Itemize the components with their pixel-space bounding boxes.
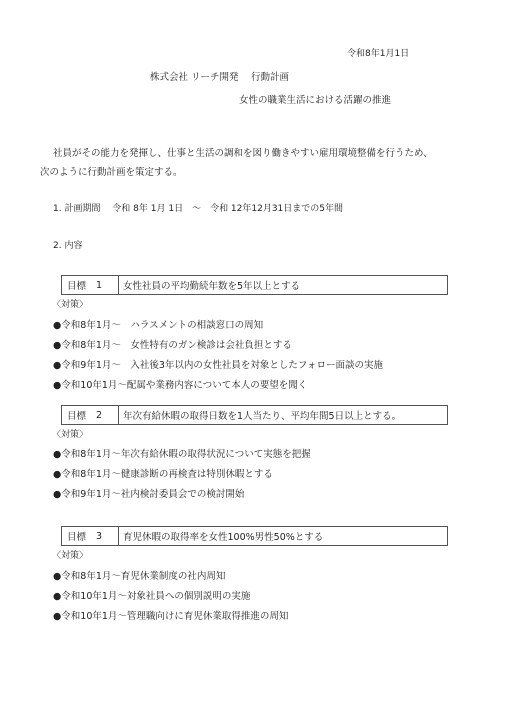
goal-label-text: 目標 — [67, 408, 86, 422]
measure-item: ●令和8年1月～健康診断の再検査は特別休暇とする — [53, 469, 273, 481]
measures-label: 〈対策〉 — [52, 299, 88, 311]
goal-number: 2 — [96, 410, 102, 421]
goal-label-text: 目標 — [67, 529, 86, 543]
intro-paragraph-line-1: 社員がその能力を発揮し、仕事と生活の調和を図り働きやすい雇用環境整備を行うため、 — [53, 148, 433, 160]
measure-item: ●令和9年1月～ 入社後3年以内の女性社員を対象としたフォロー面談の実施 — [53, 360, 383, 372]
measure-item: ●令和10年1月～配属や業務内容について本人の要望を聞く — [53, 380, 307, 392]
goal-box-3: 目標 3 育児休暇の取得率を女性100%男性50%とする — [61, 526, 448, 546]
goal-label: 目標 2 — [62, 406, 119, 424]
intro-paragraph-line-2: 次のように行動計画を策定する。 — [40, 167, 183, 179]
section-contents-heading: 2. 内容 — [53, 240, 82, 252]
goal-text: 女性社員の平均勤続年数を5年以上とする — [119, 278, 300, 292]
goal-number: 3 — [96, 531, 102, 542]
goal-text: 年次有給休暇の取得日数を1人当たり、平均年間5日以上とする。 — [119, 408, 401, 422]
goal-text: 育児休暇の取得率を女性100%男性50%とする — [119, 529, 323, 543]
measure-item: ●令和8年1月～ ハラスメントの相談窓口の周知 — [53, 320, 263, 332]
measure-item: ●令和8年1月～育児休業制度の社内周知 — [53, 571, 225, 583]
section-plan-period: 1. 計画期間 令和 8年 1月 1日 ～ 令和 12年12月31日までの5年間 — [53, 203, 343, 215]
measures-label: 〈対策〉 — [52, 429, 88, 441]
measure-item: ●令和8年1月～年次有給休暇の取得状況について実態を把握 — [53, 449, 311, 461]
goal-label-text: 目標 — [67, 278, 86, 292]
measure-item: ●令和9年1月～社内検討委員会での検討開始 — [53, 489, 244, 501]
document-title: 株式会社 リーチ開発 行動計画 — [150, 72, 289, 84]
measures-label: 〈対策〉 — [52, 550, 88, 562]
goal-label: 目標 1 — [62, 276, 119, 294]
goal-label: 目標 3 — [62, 527, 119, 545]
goal-number: 1 — [96, 280, 102, 291]
goal-box-1: 目標 1 女性社員の平均勤続年数を5年以上とする — [61, 275, 448, 295]
document-subtitle: 女性の職業生活における活躍の推進 — [239, 95, 391, 107]
measure-item: ●令和10年1月～対象社員への個別説明の実施 — [53, 591, 250, 603]
goal-box-2: 目標 2 年次有給休暇の取得日数を1人当たり、平均年間5日以上とする。 — [61, 405, 448, 425]
measure-item: ●令和10年1月～管理職向けに育児休業取得推進の周知 — [53, 611, 288, 623]
document-date: 令和8年1月1日 — [347, 48, 409, 60]
measure-item: ●令和8年1月～ 女性特有のガン検診は会社負担とする — [53, 340, 292, 352]
